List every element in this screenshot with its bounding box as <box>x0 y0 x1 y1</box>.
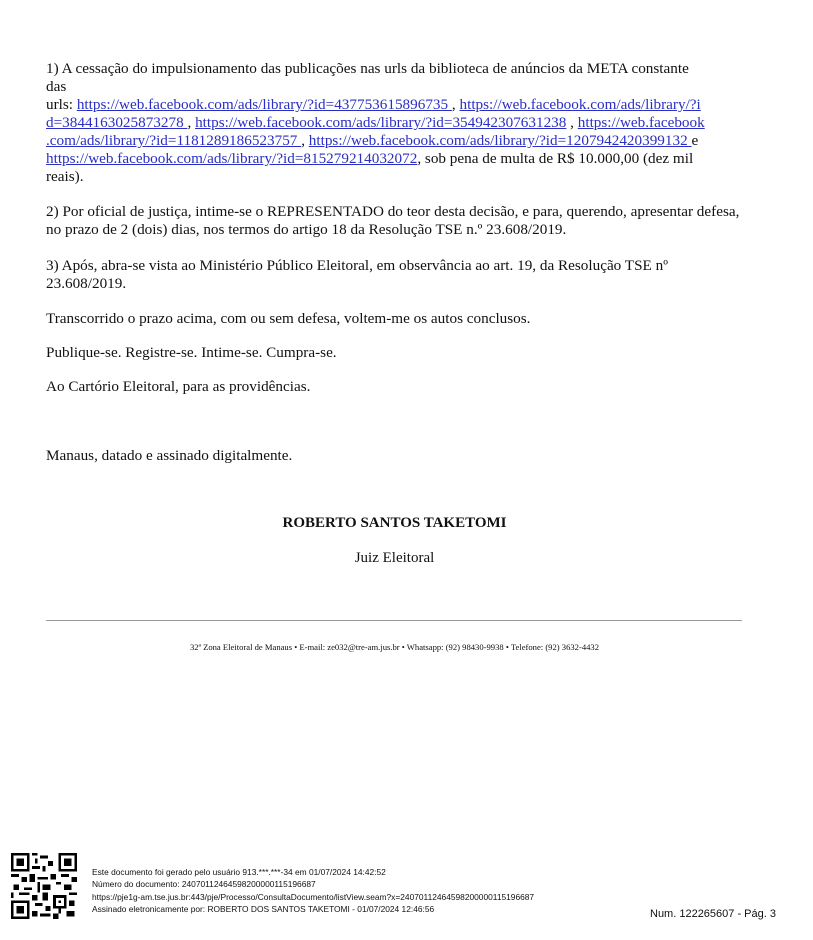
paragraph-item-3: 3) Após, abra-se vista ao Ministério Púb… <box>46 257 746 293</box>
signer-name: ROBERTO SANTOS TAKETOMI <box>0 515 789 532</box>
qr-code-icon <box>11 853 77 919</box>
generated-by: Este documento foi gerado pelo usuário 9… <box>92 866 534 878</box>
item1-penalty-end: reais). <box>46 168 84 185</box>
document-metadata: Este documento foi gerado pelo usuário 9… <box>92 866 534 915</box>
footer-contact: 32ª Zona Eleitoral de Manaus • E-mail: z… <box>0 642 789 652</box>
signer-role: Juiz Eleitoral <box>0 550 789 567</box>
paragraph-cartorio: Ao Cartório Eleitoral, para as providênc… <box>46 378 746 396</box>
ad-library-link-5[interactable]: https://web.facebook.com/ads/library/?id… <box>309 132 692 149</box>
item1-penalty: , sob pena de multa de R$ 10.000,00 (dez… <box>417 150 693 167</box>
document-number: Número do documento: 2407011246459820000… <box>92 878 534 890</box>
footer-divider <box>46 620 742 621</box>
item1-intro: 1) A cessação do impulsionamento das pub… <box>46 60 689 77</box>
place-date-line: Manaus, datado e assinado digitalmente. <box>46 447 746 465</box>
document-url: https://pje1g-am.tse.jus.br:443/pje/Proc… <box>92 891 534 903</box>
page-number: Num. 122265607 - Pág. 3 <box>650 908 776 920</box>
paragraph-item-2: 2) Por oficial de justiça, intime-se o R… <box>46 203 746 239</box>
ad-library-link-1[interactable]: https://web.facebook.com/ads/library/?id… <box>77 96 452 113</box>
paragraph-item-1: 1) A cessação do impulsionamento das pub… <box>46 60 746 186</box>
paragraph-publique: Publique-se. Registre-se. Intime-se. Cum… <box>46 344 746 362</box>
ad-library-link-3[interactable]: https://web.facebook.com/ads/library/?id… <box>195 114 566 131</box>
urls-label: urls: <box>46 96 77 113</box>
signed-by: Assinado eletronicamente por: ROBERTO DO… <box>92 903 534 915</box>
paragraph-transcorrido: Transcorrido o prazo acima, com ou sem d… <box>46 310 746 328</box>
ad-library-link-6[interactable]: https://web.facebook.com/ads/library/?id… <box>46 150 417 167</box>
item1-intro-cont: das <box>46 78 66 95</box>
